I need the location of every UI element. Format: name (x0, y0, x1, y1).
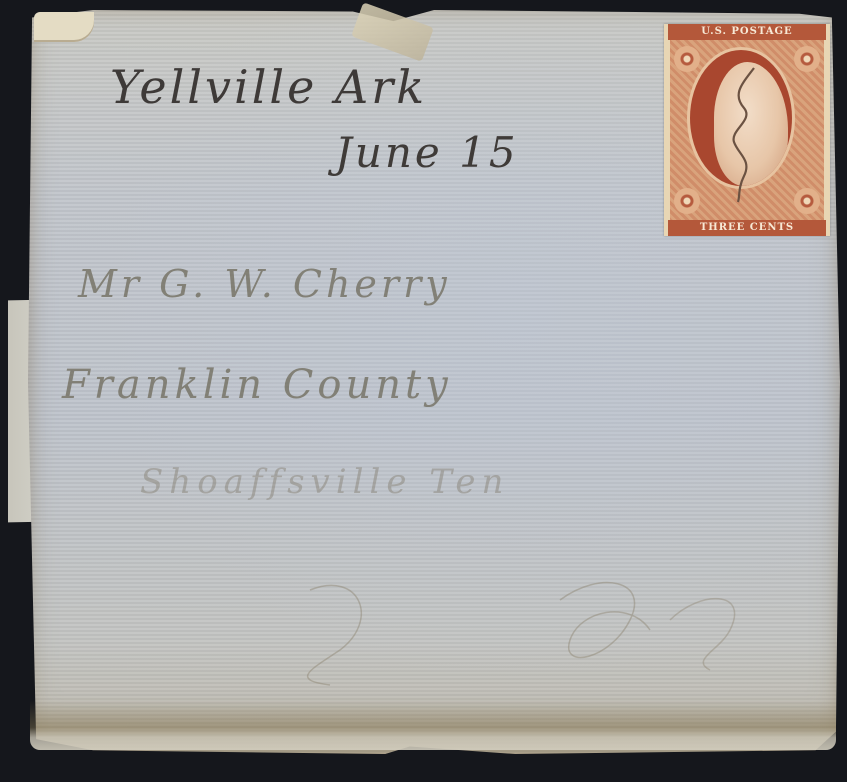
address-county: Franklin County (62, 362, 452, 408)
rosette-icon (794, 188, 820, 214)
stamp-top-label: U.S. POSTAGE (668, 24, 826, 40)
origin-postmark-handwritten: Yellville Ark (110, 60, 427, 114)
corner-tear (34, 12, 94, 42)
faint-initials-flourish (230, 560, 790, 690)
addressee-name: Mr G. W. Cherry (78, 262, 451, 306)
bottom-fold (30, 700, 836, 750)
rosette-icon (674, 188, 700, 214)
stamp-bottom-label: THREE CENTS (668, 220, 826, 236)
pen-cancel-icon (724, 64, 764, 204)
rosette-icon (794, 46, 820, 72)
date-handwritten: June 15 (335, 128, 519, 177)
postage-stamp: U.S. POSTAGE THREE CENTS (664, 24, 830, 236)
address-town: Shoaffsville Ten (140, 462, 509, 502)
rosette-icon (674, 46, 700, 72)
photo-scene: U.S. POSTAGE THREE CENTS Yellville Ark J… (0, 0, 847, 782)
